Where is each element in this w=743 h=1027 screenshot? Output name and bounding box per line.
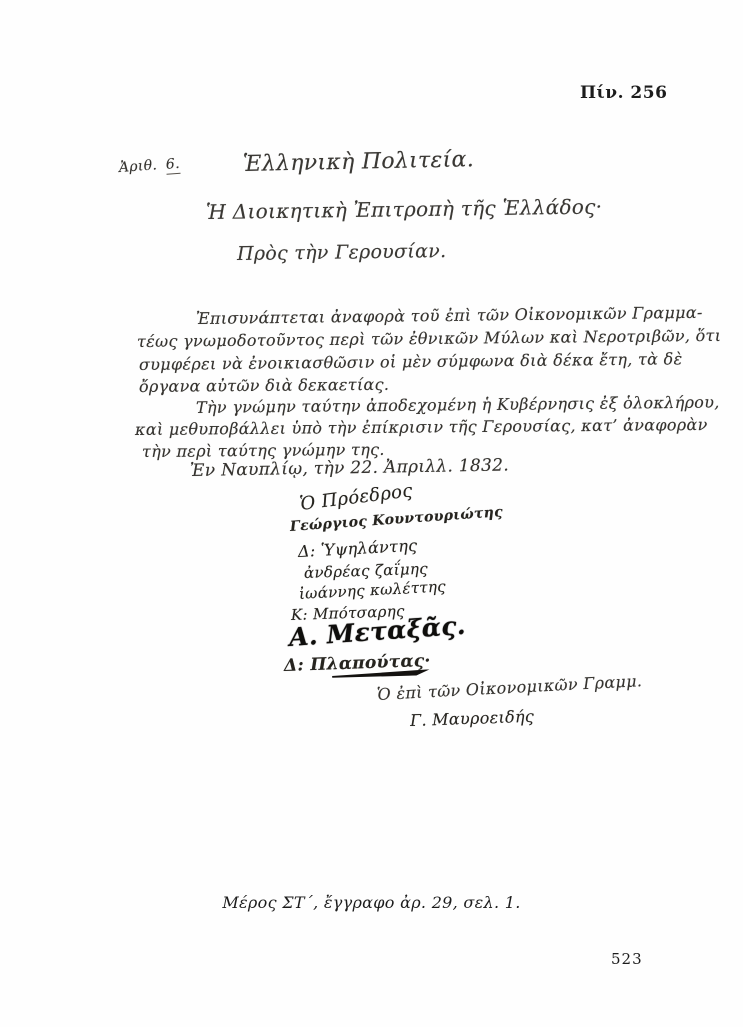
manuscript-body-line: συμφέρει νὰ ἐνοικιασθῶσιν οἱ μὲν σύμφωνα…	[139, 349, 683, 374]
manuscript-heading-committee: Ἡ Διοικητικὴ Ἐπιτροπὴ τῆς Ἑλλάδος·	[206, 194, 603, 224]
manuscript-heading-addressee: Πρὸς τὴν Γερουσίαν.	[237, 240, 447, 265]
scanned-document-page: Πίν. 256 Ἀριθ. 6. Ἑλληνικὴ Πολιτεία. Ἡ Δ…	[0, 0, 743, 1027]
figure-caption: Μέρος ΣΤ΄, ἔγγραφο ἀρ. 29, σελ. 1.	[0, 893, 743, 912]
plate-number: Πίν. 256	[580, 83, 667, 103]
manuscript-body-line: τέως γνωμοδοτοῦντος περὶ τῶν ἐθνικῶν Μύλ…	[137, 326, 721, 351]
document-number-annotation: Ἀριθ. 6.	[118, 155, 184, 175]
manuscript-body-line: Τὴν γνώμην ταύτην ἀποδεχομένη ἡ Κυβέρνησ…	[196, 393, 720, 417]
manuscript-body-line: Ἐπισυνάπτεται ἀναφορὰ τοῦ ἐπὶ τῶν Οἰκονο…	[196, 303, 703, 328]
document-number-value: 6.	[165, 156, 180, 175]
page-number: 523	[611, 950, 643, 968]
manuscript-body-line: ὄργανα αὐτῶν διὰ δεκαετίας.	[139, 375, 389, 396]
president-label: Ὁ Πρόεδρος	[299, 480, 414, 515]
secretary-label: Ὁ ἐπὶ τῶν Οἰκονομικῶν Γραμμ.	[377, 671, 643, 704]
manuscript-heading-state: Ἑλληνικὴ Πολιτεία.	[243, 147, 475, 177]
manuscript-dateline: Ἐν Ναυπλίῳ, τὴν 22. Ἀπριλλ. 1832.	[190, 455, 509, 481]
document-number-label: Ἀριθ.	[118, 157, 157, 176]
signature-ypsilantis: Δ: Ὑψηλάντης	[298, 536, 418, 561]
signature-secretary: Γ. Μαυροειδής	[410, 707, 535, 730]
manuscript-body-line: καὶ μεθυποβάλλει ὑπὸ τὴν ἐπίκρισιν τῆς Γ…	[135, 415, 708, 439]
